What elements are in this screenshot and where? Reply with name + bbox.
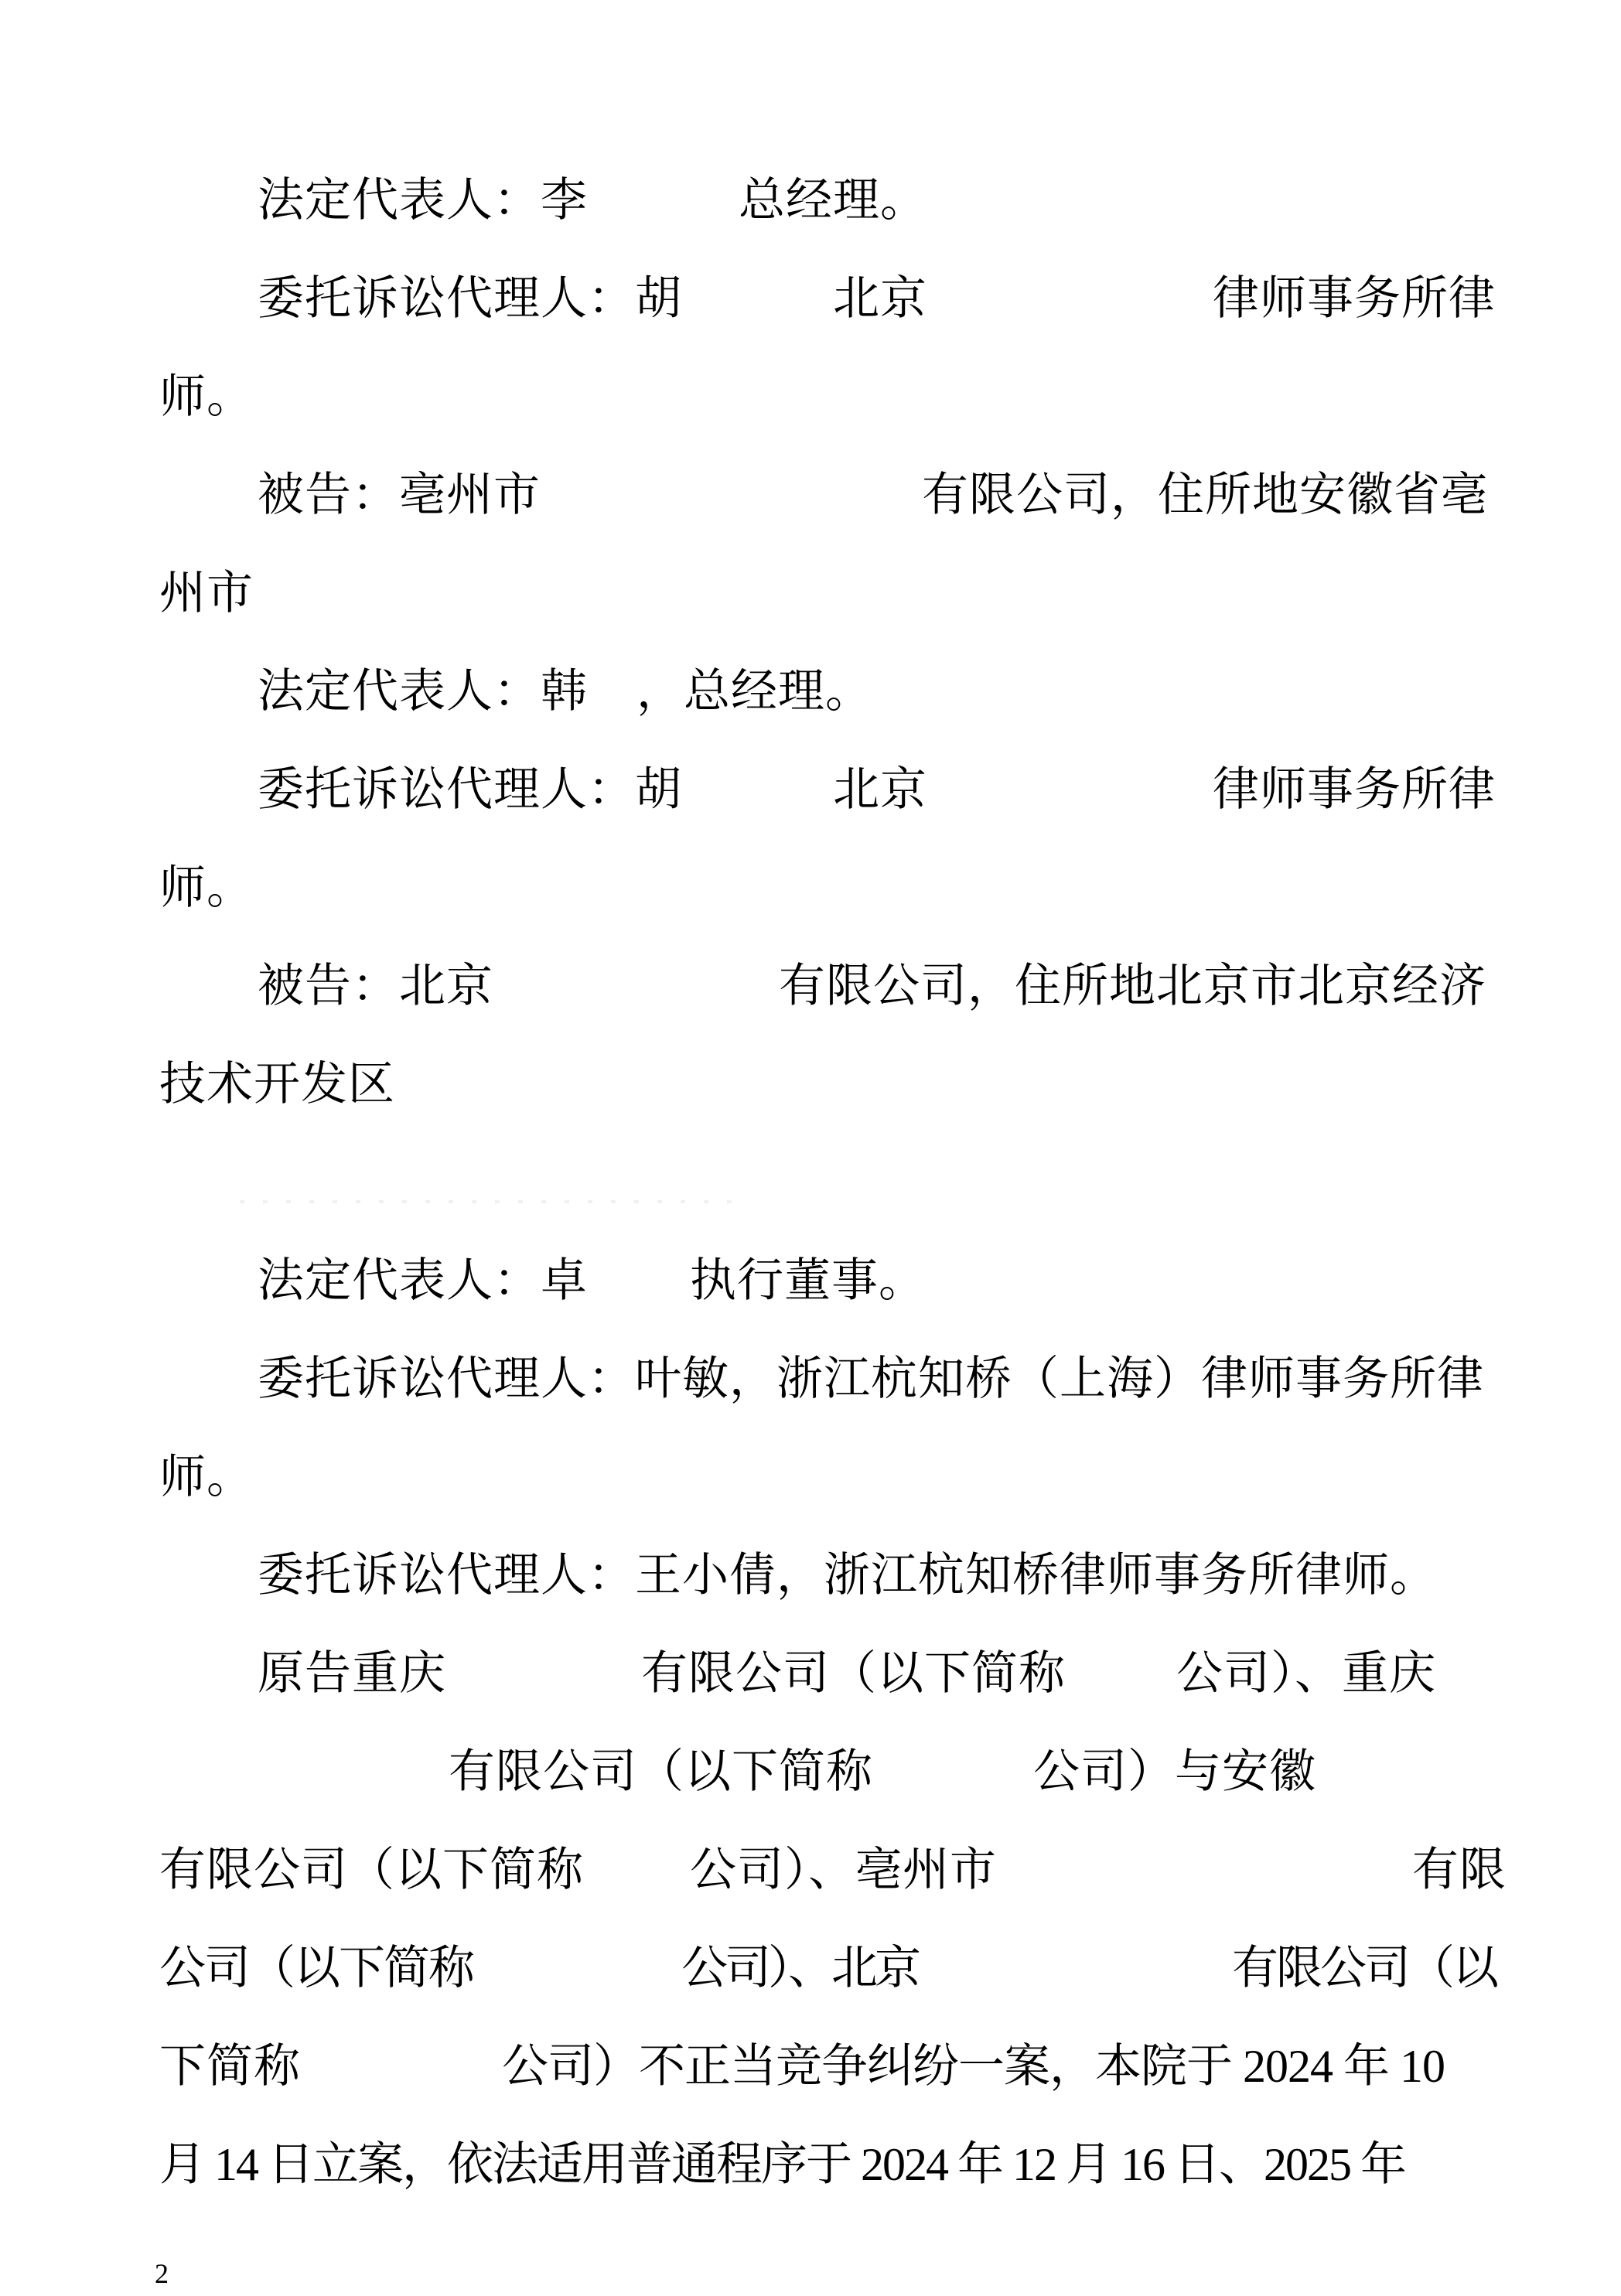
case-intro-5a: 下简称 (159, 2042, 301, 2090)
defendant-beijing-address: 有限公司，住所地北京市北京经济 (779, 962, 1486, 1010)
agent-hu-2-wrap: 师。 (159, 864, 254, 912)
case-intro-1a: 原告重庆 (258, 1650, 446, 1697)
document-page: 法定代表人：李 总经理。 委托诉讼代理人：胡 北京 律师事务所律 师。 被告：亳… (0, 0, 1621, 2296)
case-intro-5b: 公司）不正当竞争纠纷一案，本院于 2024 年 10 (502, 2042, 1445, 2090)
agent-hu-1-firm-suffix: 律师事务所律 (1213, 275, 1496, 322)
case-intro-4b: 公司）、北京 (681, 1944, 918, 1992)
legal-representative-li: 法定代表人：李 (258, 176, 588, 224)
agent-hu-2-firm-city: 北京 (833, 766, 927, 814)
case-intro-1b: 有限公司（以下简称 (641, 1650, 1066, 1697)
agent-hu-1-wrap: 师。 (159, 373, 254, 421)
legal-representative-zhuo: 法定代表人：卓 (258, 1257, 588, 1305)
case-intro-6: 月 14 日立案，依法适用普通程序于 2024 年 12 月 16 日、2025… (159, 2141, 1405, 2189)
defendant-bozhou-label: 被告：亳州市 (258, 471, 541, 519)
case-intro-4a: 公司（以下简称 (159, 1944, 473, 1992)
agent-hu-1-label: 委托诉讼代理人：胡 (258, 275, 682, 322)
case-intro-3b: 公司）、亳州市 (690, 1846, 997, 1894)
case-intro-1c: 公司）、重庆 (1176, 1650, 1436, 1697)
agent-hu-1-firm-city: 北京 (833, 275, 927, 322)
agent-hu-2-label: 委托诉讼代理人：胡 (258, 766, 682, 814)
agent-ye-min-wrap: 师。 (159, 1453, 254, 1501)
legal-representative-han-title: ，总经理。 (636, 667, 872, 715)
case-intro-4c: 有限公司（以 (1232, 1944, 1496, 1992)
case-intro-3a: 有限公司（以下简称 (159, 1846, 584, 1894)
defendant-beijing-address-wrap: 技术开发区 (159, 1060, 395, 1108)
page-number: 2 (155, 2260, 169, 2287)
defendant-bozhou-address: 有限公司，住所地安徽省亳 (922, 471, 1488, 519)
case-intro-2b: 公司）与安徽 (1033, 1748, 1316, 1796)
legal-representative-zhuo-title: 执行董事。 (690, 1257, 926, 1305)
legal-representative-han: 法定代表人：韩 (258, 667, 588, 715)
case-intro-2a: 有限公司（以下简称 (449, 1748, 873, 1796)
case-intro-3c: 有限 (1412, 1846, 1507, 1894)
defendant-beijing-label: 被告：北京 (258, 962, 493, 1010)
defendant-bozhou-address-wrap: 州市 (159, 569, 254, 617)
legal-representative-li-title: 总经理。 (739, 176, 927, 224)
redaction-residue (240, 1200, 750, 1203)
agent-hu-2-firm-suffix: 律师事务所律 (1213, 766, 1496, 814)
agent-wang-xiaoqian: 委托诉讼代理人：王小倩，浙江杭知桥律师事务所律师。 (258, 1551, 1437, 1599)
agent-ye-min: 委托诉讼代理人：叶敏，浙江杭知桥（上海）律师事务所律 (258, 1355, 1484, 1403)
